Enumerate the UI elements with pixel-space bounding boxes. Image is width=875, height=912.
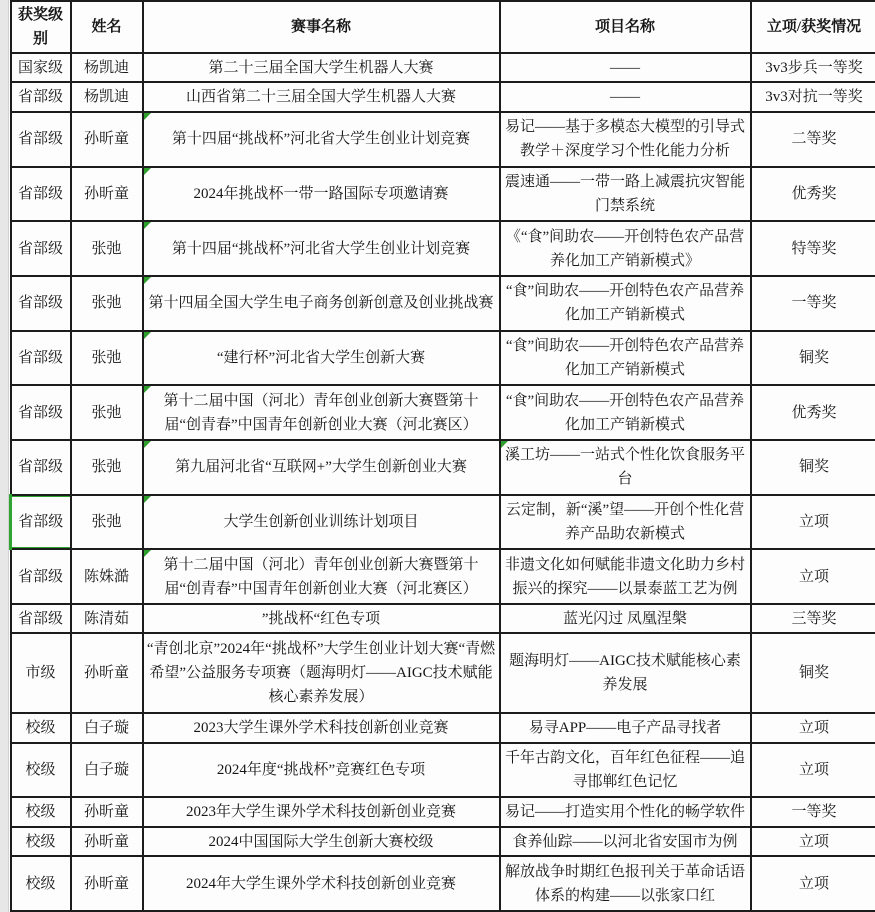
cell-award-level[interactable]: 省部级 xyxy=(11,112,71,167)
table-row: 省部级陈清茹”挑战杯“红色专项蓝光闪过 凤凰涅槃三等奖 xyxy=(11,604,875,633)
cell-competition[interactable]: 大学生创新创业训练计划项目 xyxy=(143,495,500,550)
cell-competition[interactable]: 第十四届“挑战杯”河北省大学生创业计划竞赛 xyxy=(143,112,500,167)
cell-project[interactable]: —— xyxy=(500,82,751,111)
cell-project[interactable]: 蓝光闪过 凤凰涅槃 xyxy=(500,604,751,633)
cell-competition[interactable]: 第十四届“挑战杯”河北省大学生创业计划竞赛 xyxy=(143,221,500,276)
table-row: 市级孙昕童“青创北京”2024年“挑战杯”大学生创业计划大赛“青燃希望”公益服务… xyxy=(11,633,875,713)
cell-award-level[interactable]: 省部级 xyxy=(11,440,71,495)
cell-award-level[interactable]: 省部级 xyxy=(11,385,71,440)
cell-award-level[interactable]: 国家级 xyxy=(11,53,71,82)
cell-name[interactable]: 张弛 xyxy=(71,221,143,276)
cell-award-level[interactable]: 校级 xyxy=(11,827,71,856)
cell-competition[interactable]: 第十四届全国大学生电子商务创新创意及创业挑战赛 xyxy=(143,276,500,331)
text-format-indicator-icon xyxy=(144,550,151,557)
header-row: 获奖级别 姓名 赛事名称 项目名称 立项/获奖情况 xyxy=(11,1,875,53)
cell-award-level[interactable]: 省部级 xyxy=(11,495,71,550)
cell-result[interactable]: 立项 xyxy=(751,827,875,856)
cell-award-level[interactable]: 省部级 xyxy=(11,549,71,604)
cell-project[interactable]: 易寻APP——电子产品寻找者 xyxy=(500,713,751,742)
cell-name[interactable]: 孙昕童 xyxy=(71,167,143,222)
table-row: 校级白子璇2024年度“挑战杯”竞赛红色专项千年古韵文化，百年红色征程——追寻邯… xyxy=(11,743,875,798)
cell-result[interactable]: 立项 xyxy=(751,713,875,742)
cell-project[interactable]: 易记——打造实用个性化的畅学软件 xyxy=(500,797,751,826)
cell-name[interactable]: 白子璇 xyxy=(71,713,143,742)
table-row: 省部级杨凯迪山西省第二十三届全国大学生机器人大赛——3v3对抗一等奖 xyxy=(11,82,875,111)
cell-result[interactable]: 一等奖 xyxy=(751,276,875,331)
text-format-indicator-icon xyxy=(144,222,151,229)
cell-competition[interactable]: 第十二届中国（河北）青年创业创新大赛暨第十届“创青春”中国青年创新创业大赛（河北… xyxy=(143,385,500,440)
cell-project[interactable]: 震速通——一带一路上减震抗灾智能门禁系统 xyxy=(500,167,751,222)
cell-name[interactable]: 孙昕童 xyxy=(71,112,143,167)
cell-result[interactable]: 铜奖 xyxy=(751,440,875,495)
cell-award-level[interactable]: 省部级 xyxy=(11,221,71,276)
cell-result[interactable]: 一等奖 xyxy=(751,797,875,826)
cell-name[interactable]: 陈清茹 xyxy=(71,604,143,633)
cell-project[interactable]: “食”间助农——开创特色农产品营养化加工产销新模式 xyxy=(500,331,751,386)
table-row: 省部级张弛第十四届全国大学生电子商务创新创意及创业挑战赛“食”间助农——开创特色… xyxy=(11,276,875,331)
header-award-level[interactable]: 获奖级别 xyxy=(11,1,71,53)
cell-name[interactable]: 张弛 xyxy=(71,440,143,495)
cell-name[interactable]: 陈姝澔 xyxy=(71,549,143,604)
cell-project[interactable]: 题海明灯——AIGC技术赋能核心素养发展 xyxy=(500,633,751,713)
cell-project[interactable]: 易记——基于多模态大模型的引导式教学＋深度学习个性化能力分析 xyxy=(500,112,751,167)
cell-name[interactable]: 张弛 xyxy=(71,331,143,386)
cell-result[interactable]: 三等奖 xyxy=(751,604,875,633)
table-row: 省部级张弛大学生创新创业训练计划项目云定制，新“溪”望——开创个性化营养产品助农… xyxy=(11,495,875,550)
cell-name[interactable]: 杨凯迪 xyxy=(71,82,143,111)
cell-project[interactable]: 千年古韵文化，百年红色征程——追寻邯郸红色记忆 xyxy=(500,743,751,798)
cell-competition[interactable]: ”挑战杯“红色专项 xyxy=(143,604,500,633)
cell-name[interactable]: 白子璇 xyxy=(71,743,143,798)
cell-project[interactable]: 非遗文化如何赋能非遗文化助力乡村振兴的探究——以景泰蓝工艺为例 xyxy=(500,549,751,604)
text-format-indicator-icon xyxy=(144,441,151,448)
cell-competition[interactable]: 第二十三届全国大学生机器人大赛 xyxy=(143,53,500,82)
cell-competition[interactable]: 第九届河北省“互联网+”大学生创新创业大赛 xyxy=(143,440,500,495)
cell-name[interactable]: 张弛 xyxy=(71,495,143,550)
cell-competition[interactable]: 2024年度“挑战杯”竞赛红色专项 xyxy=(143,743,500,798)
cell-competition[interactable]: 2024年挑战杯一带一路国际专项邀请赛 xyxy=(143,167,500,222)
cell-project[interactable]: 食养仙踪——以河北省安国市为例 xyxy=(500,827,751,856)
cell-result[interactable]: 立项 xyxy=(751,549,875,604)
cell-competition[interactable]: 第十二届中国（河北）青年创业创新大赛暨第十届“创青春”中国青年创新创业大赛（河北… xyxy=(143,549,500,604)
cell-result[interactable]: 优秀奖 xyxy=(751,167,875,222)
cell-result[interactable]: 铜奖 xyxy=(751,633,875,713)
cell-result[interactable]: 特等奖 xyxy=(751,221,875,276)
table-row: 省部级张弛第九届河北省“互联网+”大学生创新创业大赛溪工坊——一站式个性化饮食服… xyxy=(11,440,875,495)
cell-result[interactable]: 3v3对抗一等奖 xyxy=(751,82,875,111)
cell-award-level[interactable]: 省部级 xyxy=(11,604,71,633)
table-row: 省部级张弛第十四届“挑战杯”河北省大学生创业计划竞赛《“食”间助农——开创特色农… xyxy=(11,221,875,276)
cell-award-level[interactable]: 校级 xyxy=(11,743,71,798)
table-row: 校级白子璇2023大学生课外学术科技创新创业竞赛易寻APP——电子产品寻找者立项 xyxy=(11,713,875,742)
text-format-indicator-icon xyxy=(144,386,151,393)
text-format-indicator-icon xyxy=(144,332,151,339)
cell-award-level[interactable]: 省部级 xyxy=(11,276,71,331)
cell-competition[interactable]: “青创北京”2024年“挑战杯”大学生创业计划大赛“青燃希望”公益服务专项赛（题… xyxy=(143,633,500,713)
cell-result[interactable]: 二等奖 xyxy=(751,112,875,167)
cell-result[interactable]: 立项 xyxy=(751,743,875,798)
header-project[interactable]: 项目名称 xyxy=(500,1,751,53)
cell-project[interactable]: —— xyxy=(500,53,751,82)
cell-result[interactable]: 优秀奖 xyxy=(751,385,875,440)
spreadsheet-view: 获奖级别 姓名 赛事名称 项目名称 立项/获奖情况 国家级杨凯迪第二十三届全国大… xyxy=(0,0,875,912)
cell-award-level[interactable]: 校级 xyxy=(11,856,71,911)
text-format-indicator-icon xyxy=(501,441,508,448)
sheet-left-margin xyxy=(0,0,9,912)
cell-name[interactable]: 杨凯迪 xyxy=(71,53,143,82)
cell-result[interactable]: 3v3步兵一等奖 xyxy=(751,53,875,82)
table-row: 省部级孙昕童2024年挑战杯一带一路国际专项邀请赛震速通——一带一路上减震抗灾智… xyxy=(11,167,875,222)
cell-award-level[interactable]: 省部级 xyxy=(11,82,71,111)
cell-competition[interactable]: 2024中国国际大学生创新大赛校级 xyxy=(143,827,500,856)
text-format-indicator-icon xyxy=(144,168,151,175)
cell-name[interactable]: 张弛 xyxy=(71,276,143,331)
cell-name[interactable]: 孙昕童 xyxy=(71,856,143,911)
cell-project[interactable]: 云定制，新“溪”望——开创个性化营养产品助农新模式 xyxy=(500,495,751,550)
table-row: 省部级张弛第十二届中国（河北）青年创业创新大赛暨第十届“创青春”中国青年创新创业… xyxy=(11,385,875,440)
cell-name[interactable]: 张弛 xyxy=(71,385,143,440)
cell-award-level[interactable]: 校级 xyxy=(11,713,71,742)
cell-project[interactable]: 解放战争时期红色报刊关于革命话语体系的构建——以张家口红 xyxy=(500,856,751,911)
cell-project[interactable]: “食”间助农——开创特色农产品营养化加工产销新模式 xyxy=(500,276,751,331)
table-row: 省部级陈姝澔第十二届中国（河北）青年创业创新大赛暨第十届“创青春”中国青年创新创… xyxy=(11,549,875,604)
cell-name[interactable]: 孙昕童 xyxy=(71,797,143,826)
cell-competition[interactable]: 2024年大学生课外学术科技创新创业竞赛 xyxy=(143,856,500,911)
awards-table: 获奖级别 姓名 赛事名称 项目名称 立项/获奖情况 国家级杨凯迪第二十三届全国大… xyxy=(9,0,875,912)
header-result[interactable]: 立项/获奖情况 xyxy=(751,1,875,53)
cell-competition[interactable]: 2023大学生课外学术科技创新创业竞赛 xyxy=(143,713,500,742)
text-format-indicator-icon xyxy=(144,496,151,503)
cell-competition[interactable]: 山西省第二十三届全国大学生机器人大赛 xyxy=(143,82,500,111)
cell-award-level[interactable]: 省部级 xyxy=(11,331,71,386)
cell-result[interactable]: 铜奖 xyxy=(751,331,875,386)
cell-name[interactable]: 孙昕童 xyxy=(71,827,143,856)
text-format-indicator-icon xyxy=(144,277,151,284)
table-row: 校级孙昕童2023年大学生课外学术科技创新创业竞赛易记——打造实用个性化的畅学软… xyxy=(11,797,875,826)
cell-competition[interactable]: 2023年大学生课外学术科技创新创业竞赛 xyxy=(143,797,500,826)
table-row: 省部级张弛“建行杯”河北省大学生创新大赛“食”间助农——开创特色农产品营养化加工… xyxy=(11,331,875,386)
cell-result[interactable]: 立项 xyxy=(751,856,875,911)
text-format-indicator-icon xyxy=(144,113,151,120)
cell-result[interactable]: 立项 xyxy=(751,495,875,550)
header-name[interactable]: 姓名 xyxy=(71,1,143,53)
cell-project[interactable]: 《“食”间助农——开创特色农产品营养化加工产销新模式》 xyxy=(500,221,751,276)
cell-project[interactable]: “食”间助农——开创特色农产品营养化加工产销新模式 xyxy=(500,385,751,440)
cell-award-level[interactable]: 省部级 xyxy=(11,167,71,222)
cell-award-level[interactable]: 校级 xyxy=(11,797,71,826)
cell-award-level[interactable]: 市级 xyxy=(11,633,71,713)
header-competition[interactable]: 赛事名称 xyxy=(143,1,500,53)
table-row: 校级孙昕童2024年大学生课外学术科技创新创业竞赛解放战争时期红色报刊关于革命话… xyxy=(11,856,875,911)
cell-project[interactable]: 溪工坊——一站式个性化饮食服务平台 xyxy=(500,440,751,495)
table-row: 校级孙昕童2024中国国际大学生创新大赛校级食养仙踪——以河北省安国市为例立项 xyxy=(11,827,875,856)
cell-name[interactable]: 孙昕童 xyxy=(71,633,143,713)
cell-competition[interactable]: “建行杯”河北省大学生创新大赛 xyxy=(143,331,500,386)
table-row: 省部级孙昕童第十四届“挑战杯”河北省大学生创业计划竞赛易记——基于多模态大模型的… xyxy=(11,112,875,167)
table-row: 国家级杨凯迪第二十三届全国大学生机器人大赛——3v3步兵一等奖 xyxy=(11,53,875,82)
